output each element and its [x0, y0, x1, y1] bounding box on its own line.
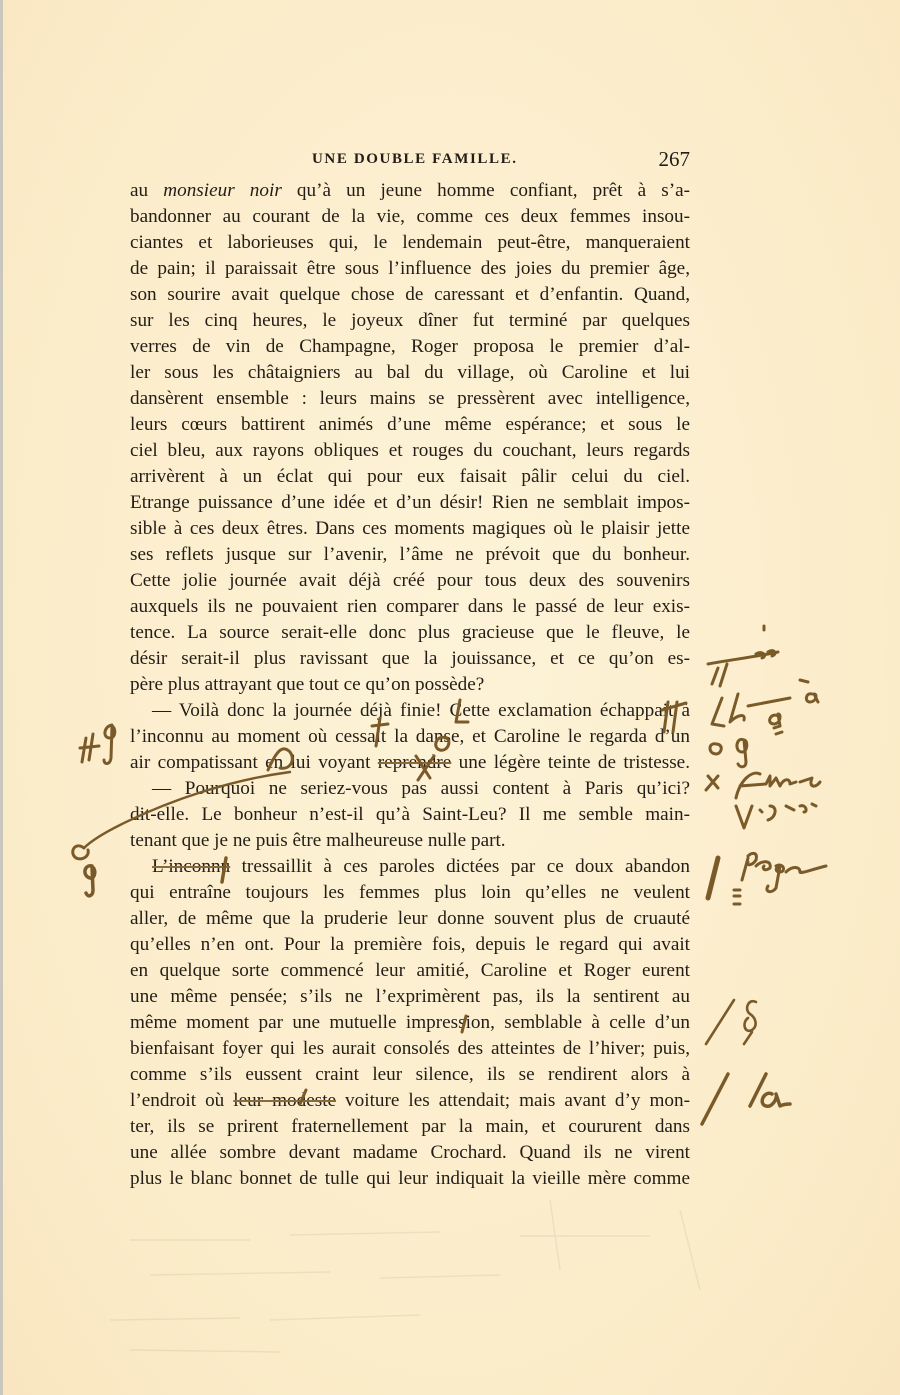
text-line: verres de vin de Champagne, Roger propos… — [130, 334, 690, 360]
line-text: leurs cœurs battirent animés d’une même … — [130, 414, 690, 435]
line-text: ciantes et laborieuses qui, le lendemain… — [130, 232, 690, 253]
text-line: dansèrent ensemble : leurs mains se pres… — [130, 386, 690, 412]
right-margin-mark-LL — [712, 680, 818, 734]
line-text: tenant que je ne puis être malheureuse n… — [130, 830, 506, 851]
right-margin-mark-tt — [708, 626, 778, 686]
text-line: l’endroit où leur modeste voiture les at… — [130, 1088, 690, 1114]
text-line: une même pensée; s’ils ne l’exprimèrent … — [130, 984, 690, 1010]
running-header: UNE DOUBLE FAMILLE. 267 — [130, 147, 690, 173]
line-text: même moment par une mutuelle impression,… — [130, 1012, 690, 1033]
text-line: ciel bleu, aux rayons obliques et rouges… — [130, 438, 690, 464]
line-text: au — [130, 180, 163, 201]
text-line: une allée sombre devant madame Crochard.… — [130, 1140, 690, 1166]
line-text: — Pourquoi ne seriez-vous pas aussi cont… — [152, 778, 690, 799]
line-text: bandonner au courant de la vie, comme ce… — [130, 206, 690, 227]
line-text: air compatissant en lui voyant — [130, 752, 378, 773]
line-text: père plus attrayant que tout ce qu’on po… — [130, 674, 484, 695]
line-text: ses reflets jusque sur l’avenir, l’âme n… — [130, 544, 690, 565]
left-margin-mark-g — [85, 866, 95, 896]
line-text: son sourire avait quelque chose de cares… — [130, 284, 690, 305]
text-line: qu’elles n’en ont. Pour la première fois… — [130, 932, 690, 958]
text-line: son sourire avait quelque chose de cares… — [130, 282, 690, 308]
line-text: qu’à un jeune homme confiant, prêt à s’a… — [282, 180, 690, 201]
line-text: ciel bleu, aux rayons obliques et rouges… — [130, 440, 690, 461]
line-text: une allée sombre devant madame Crochard.… — [130, 1142, 690, 1163]
text-line: aller, de même que la pruderie leur donn… — [130, 906, 690, 932]
line-text: auxquels ils ne pouvaient rien comparer … — [130, 596, 690, 617]
line-text: une légère teinte de tristesse. — [451, 752, 690, 773]
text-line: bienfaisant foyer qui les aurait consolé… — [130, 1036, 690, 1062]
line-text: aller, de même que la pruderie leur donn… — [130, 908, 690, 929]
line-text: bienfaisant foyer qui les aurait consolé… — [130, 1038, 690, 1059]
line-text: verres de vin de Champagne, Roger propos… — [130, 336, 690, 357]
text-line: — Voilà donc la journée déjà finie! Cett… — [130, 698, 690, 724]
text-line: qui entraîne toujours les femmes plus lo… — [130, 880, 690, 906]
right-margin-mark-og — [710, 739, 747, 766]
right-margin-mark-la — [702, 1074, 790, 1124]
line-text: tence. La source serait-elle donc plus g… — [130, 622, 690, 643]
text-line: auxquels ils ne pouvaient rien comparer … — [130, 594, 690, 620]
text-line: ciantes et laborieuses qui, le lendemain… — [130, 230, 690, 256]
line-text: l’endroit où — [130, 1090, 233, 1111]
text-line: ter, ils se prirent fraternellement par … — [130, 1114, 690, 1140]
line-text: désir serait-il plus ravissant que la jo… — [130, 648, 690, 669]
line-text: plus le blanc bonnet de tulle qui leur i… — [130, 1168, 690, 1189]
line-text: Cette jolie journée avait déjà créé pour… — [130, 570, 690, 591]
struck-text: leur modeste — [233, 1090, 336, 1111]
text-line: ses reflets jusque sur l’avenir, l’âme n… — [130, 542, 690, 568]
line-text: comme s’ils eussent craint leur silence,… — [130, 1064, 690, 1085]
line-text: Etrange puissance d’une idée et d’un dés… — [130, 492, 690, 513]
line-text: sur les cinq heures, le joyeux dîner fut… — [130, 310, 690, 331]
left-margin-mark-hg — [80, 725, 115, 764]
line-text: qui entraîne toujours les femmes plus lo… — [130, 882, 690, 903]
text-line: même moment par une mutuelle impression,… — [130, 1010, 690, 1036]
text-line: au monsieur noir qu’à un jeune homme con… — [130, 178, 690, 204]
text-line: Cette jolie journée avait déjà créé pour… — [130, 568, 690, 594]
line-text: en quelque sorte commencé leur amitié, C… — [130, 960, 690, 981]
line-text: dansèrent ensemble : leurs mains se pres… — [130, 388, 690, 409]
right-margin-mark-fuels — [706, 773, 820, 798]
line-text: arrivèrent à un éclat qui pour eux faisa… — [130, 466, 690, 487]
left-margin-mark-o — [73, 846, 88, 859]
text-line: air compatissant en lui voyant reprendre… — [130, 750, 690, 776]
line-text: qu’elles n’en ont. Pour la première fois… — [130, 934, 690, 955]
line-text: tressaillit à ces paroles dictées par ce… — [230, 856, 690, 877]
text-line: Etrange puissance d’une idée et d’un dés… — [130, 490, 690, 516]
text-line: plus le blanc bonnet de tulle qui leur i… — [130, 1166, 690, 1192]
text-line: dit-elle. Le bonheur n’est-il qu’à Saint… — [130, 802, 690, 828]
body-text: au monsieur noir qu’à un jeune homme con… — [130, 178, 690, 1192]
text-line: leurs cœurs battirent animés d’une même … — [130, 412, 690, 438]
line-text: ler sous les châtaigniers au bal du vill… — [130, 362, 690, 383]
text-line: tenant que je ne puis être malheureuse n… — [130, 828, 690, 854]
text-line: ler sous les châtaigniers au bal du vill… — [130, 360, 690, 386]
line-text: une même pensée; s’ils ne l’exprimèrent … — [130, 986, 690, 1007]
text-line: de pain; il paraissait être sous l’influ… — [130, 256, 690, 282]
right-margin-mark-roger — [708, 853, 826, 904]
page-number: 267 — [659, 147, 691, 172]
scanned-book-page: UNE DOUBLE FAMILLE. 267 au monsieur noir… — [0, 0, 900, 1395]
line-text: sible à ces deux êtres. Dans ces moments… — [130, 518, 690, 539]
text-line: sible à ces deux êtres. Dans ces moments… — [130, 516, 690, 542]
italic-phrase: monsieur noir — [163, 180, 282, 201]
right-margin-mark-jour — [736, 804, 816, 828]
text-line: arrivèrent à un éclat qui pour eux faisa… — [130, 464, 690, 490]
line-text: l’inconnu au moment où cessait la danse,… — [130, 726, 690, 747]
text-line: tence. La source serait-elle donc plus g… — [130, 620, 690, 646]
text-line: désir serait-il plus ravissant que la jo… — [130, 646, 690, 672]
line-text: dit-elle. Le bonheur n’est-il qu’à Saint… — [130, 804, 690, 825]
struck-text: reprendre — [378, 752, 452, 773]
text-line: en quelque sorte commencé leur amitié, C… — [130, 958, 690, 984]
line-text: voiture les attendait; mais avant d’y mo… — [336, 1090, 690, 1111]
text-line: bandonner au courant de la vie, comme ce… — [130, 204, 690, 230]
struck-text: L’inconnu — [152, 856, 230, 877]
text-line: père plus attrayant que tout ce qu’on po… — [130, 672, 690, 698]
text-line: L’inconnu tressaillit à ces paroles dict… — [130, 854, 690, 880]
line-text: — Voilà donc la journée déjà finie! Cett… — [152, 700, 690, 721]
text-line: — Pourquoi ne seriez-vous pas aussi cont… — [130, 776, 690, 802]
text-line: comme s’ils eussent craint leur silence,… — [130, 1062, 690, 1088]
text-line: sur les cinq heures, le joyeux dîner fut… — [130, 308, 690, 334]
text-line: l’inconnu au moment où cessait la danse,… — [130, 724, 690, 750]
line-text: de pain; il paraissait être sous l’influ… — [130, 258, 690, 279]
running-title: UNE DOUBLE FAMILLE. — [312, 151, 518, 168]
line-text: ter, ils se prirent fraternellement par … — [130, 1116, 690, 1137]
page-edge — [0, 0, 3, 1395]
right-margin-mark-18 — [706, 1000, 756, 1044]
